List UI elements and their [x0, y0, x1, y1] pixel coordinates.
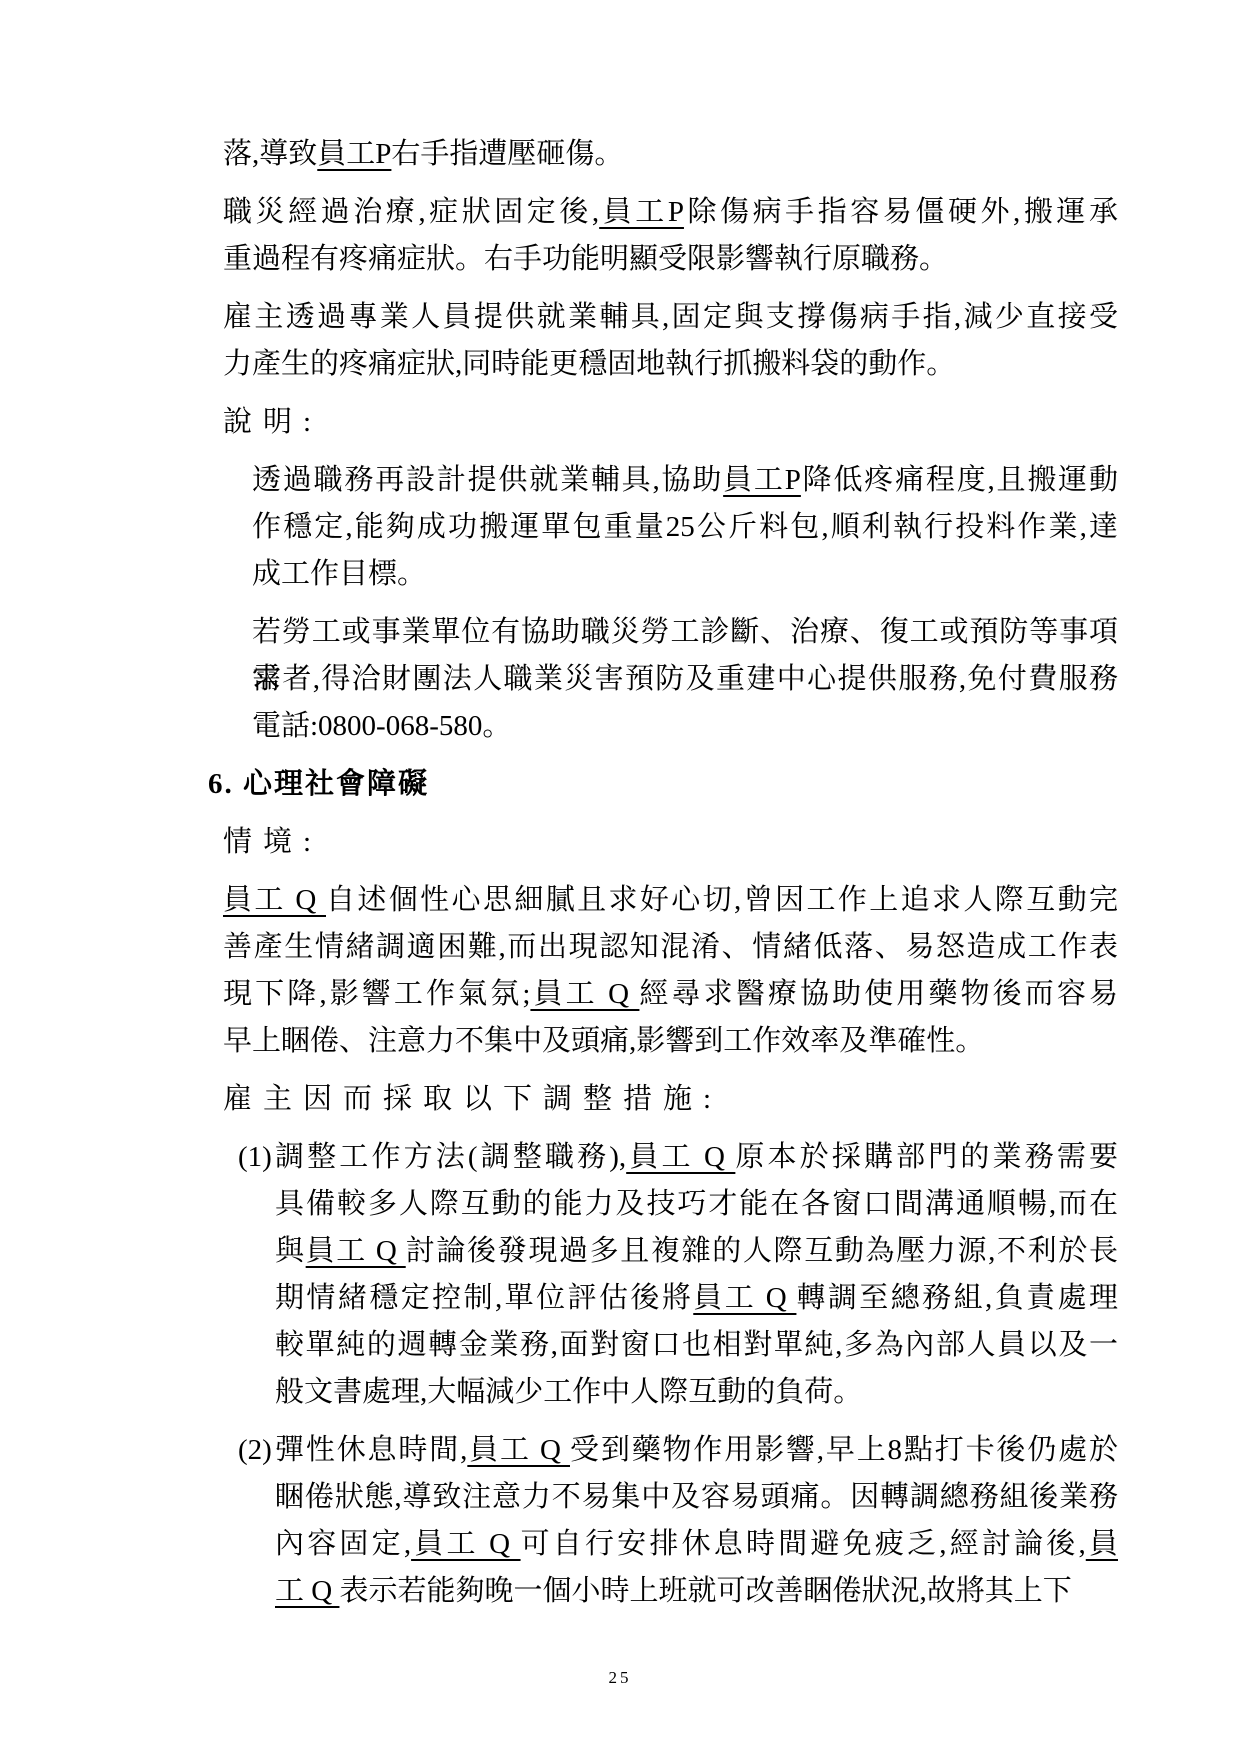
- document-content: 落,導致員工P右手指遭壓砸傷。職災經過治療,症狀固定後,員工P除傷病手指容易僵硬…: [0, 131, 1240, 1615]
- underlined-reference: 工 Q: [275, 1575, 339, 1607]
- text-segment: 職災經過治療,症狀固定後,: [223, 196, 599, 228]
- section-label: 雇主因而採取以下調整措施:: [223, 1076, 1240, 1123]
- text-line: 成工作目標。: [252, 551, 1118, 598]
- text-segment: 睏倦狀態,導致注意力不易集中及容易頭痛。因轉調總務組後業務: [275, 1481, 1118, 1513]
- text-segment: 現下降,影響工作氣氛;: [223, 978, 530, 1010]
- numbered-item: (2)彈性休息時間,員工 Q 受到藥物作用影響,早上8點打卡後仍處於睏倦狀態,導…: [238, 1427, 1118, 1615]
- text-line: 具備較多人際互動的能力及技巧才能在各窗口間溝通順暢,而在: [275, 1181, 1118, 1228]
- underlined-reference: 員工 Q: [626, 1141, 735, 1173]
- text-segment: 與: [275, 1235, 306, 1267]
- text-segment: 內容固定,: [275, 1528, 411, 1560]
- text-segment: 成工作目標。: [252, 558, 426, 590]
- section-label: 說明:: [223, 399, 1240, 446]
- text-segment: 雇主透過專業人員提供就業輔具,固定與支撐傷病手指,減少直接受: [223, 301, 1118, 333]
- item-marker: (1): [238, 1134, 272, 1181]
- text-segment: 右手指遭壓砸傷。: [391, 138, 623, 170]
- text-line: 求者,得洽財團法人職業災害預防及重建中心提供服務,免付費服務: [252, 656, 1118, 703]
- text-segment: 調整工作方法(調整職務),: [275, 1141, 626, 1173]
- text-line: 職災經過治療,症狀固定後,員工P除傷病手指容易僵硬外,搬運承: [223, 189, 1118, 236]
- numbered-item: (1)調整工作方法(調整職務),員工 Q 原本於採購部門的業務需要具備較多人際互…: [238, 1134, 1118, 1416]
- underlined-reference: 員工 Q: [223, 884, 326, 916]
- text-segment: 早上睏倦、注意力不集中及頭痛,影響到工作效率及準確性。: [223, 1025, 984, 1057]
- text-line: 員工 Q 自述個性心思細膩且求好心切,曾因工作上追求人際互動完: [223, 877, 1118, 924]
- text-segment: 可自行安排休息時間避免疲乏,經討論後,: [521, 1528, 1086, 1560]
- text-line: 落,導致員工P右手指遭壓砸傷。: [223, 131, 1118, 178]
- text-line: 般文書處理,大幅減少工作中人際互動的負荷。: [275, 1369, 1118, 1416]
- paragraph: 落,導致員工P右手指遭壓砸傷。: [223, 131, 1118, 178]
- underlined-reference: 員工 Q: [530, 978, 639, 1010]
- text-line: 較單純的週轉金業務,面對窗口也相對單純,多為內部人員以及一: [275, 1322, 1118, 1369]
- text-line: 透過職務再設計提供就業輔具,協助員工P降低疼痛程度,且搬運動: [252, 457, 1118, 504]
- text-segment: 降低疼痛程度,且搬運動: [801, 464, 1118, 496]
- text-segment: 具備較多人際互動的能力及技巧才能在各窗口間溝通順暢,而在: [275, 1188, 1118, 1220]
- paragraph: 員工 Q 自述個性心思細膩且求好心切,曾因工作上追求人際互動完善產生情緒調適困難…: [223, 877, 1118, 1065]
- text-segment: 彈性休息時間,: [275, 1434, 467, 1466]
- text-segment: 電話:0800-068-580。: [252, 710, 511, 742]
- text-line: 若勞工或事業單位有協助職災勞工診斷、治療、復工或預防等事項需: [252, 609, 1118, 656]
- section-heading: 6. 心理社會障礙: [208, 761, 1240, 808]
- underlined-reference: 員工 Q: [693, 1282, 796, 1314]
- text-line: 調整工作方法(調整職務),員工 Q 原本於採購部門的業務需要: [275, 1134, 1118, 1181]
- text-segment: 力產生的疼痛症狀,同時能更穩固地執行抓搬料袋的動作。: [223, 348, 955, 380]
- underlined-reference: 員工P: [317, 138, 391, 170]
- underlined-reference: 員工 Q: [467, 1434, 570, 1466]
- text-segment: 自述個性心思細膩且求好心切,曾因工作上追求人際互動完: [326, 884, 1118, 916]
- text-line: 期情緒穩定控制,單位評估後將員工 Q 轉調至總務組,負責處理: [275, 1275, 1118, 1322]
- text-line: 工 Q 表示若能夠晚一個小時上班就可改善睏倦狀況,故將其上下: [275, 1568, 1118, 1615]
- text-line: 彈性休息時間,員工 Q 受到藥物作用影響,早上8點打卡後仍處於: [275, 1427, 1118, 1474]
- text-segment: 轉調至總務組,負責處理: [796, 1282, 1118, 1314]
- text-segment: 作穩定,能夠成功搬運單包重量25公斤料包,順利執行投料作業,達: [252, 511, 1118, 543]
- text-line: 力產生的疼痛症狀,同時能更穩固地執行抓搬料袋的動作。: [223, 341, 1118, 388]
- text-line: 善產生情緒調適困難,而出現認知混淆、情緒低落、易怒造成工作表: [223, 924, 1118, 971]
- underlined-reference: 員工P: [599, 196, 684, 228]
- text-segment: 除傷病手指容易僵硬外,搬運承: [684, 196, 1118, 228]
- underlined-reference: 員工 Q: [306, 1235, 406, 1267]
- text-segment: 善產生情緒調適困難,而出現認知混淆、情緒低落、易怒造成工作表: [223, 931, 1118, 963]
- text-segment: 討論後發現過多且複雜的人際互動為壓力源,不利於長: [406, 1235, 1118, 1267]
- text-line: 雇主透過專業人員提供就業輔具,固定與支撐傷病手指,減少直接受: [223, 294, 1118, 341]
- underlined-reference: 員工 Q: [411, 1528, 520, 1560]
- text-segment: 受到藥物作用影響,早上8點打卡後仍處於: [570, 1434, 1118, 1466]
- text-segment: 重過程有疼痛症狀。右手功能明顯受限影響執行原職務。: [223, 243, 948, 275]
- text-line: 早上睏倦、注意力不集中及頭痛,影響到工作效率及準確性。: [223, 1018, 1118, 1065]
- paragraph: 職災經過治療,症狀固定後,員工P除傷病手指容易僵硬外,搬運承重過程有疼痛症狀。右…: [223, 189, 1118, 283]
- text-segment: 求者,得洽財團法人職業災害預防及重建中心提供服務,免付費服務: [252, 663, 1118, 695]
- text-segment: 期情緒穩定控制,單位評估後將: [275, 1282, 693, 1314]
- text-segment: 表示若能夠晚一個小時上班就可改善睏倦狀況,故將其上下: [339, 1575, 1071, 1607]
- text-segment: 般文書處理,大幅減少工作中人際互動的負荷。: [275, 1376, 862, 1408]
- underlined-reference: 員: [1086, 1528, 1118, 1560]
- text-segment: 原本於採購部門的業務需要: [735, 1141, 1118, 1173]
- paragraph: 透過職務再設計提供就業輔具,協助員工P降低疼痛程度,且搬運動作穩定,能夠成功搬運…: [252, 457, 1118, 598]
- underlined-reference: 員工P: [723, 464, 801, 496]
- text-line: 重過程有疼痛症狀。右手功能明顯受限影響執行原職務。: [223, 236, 1118, 283]
- text-line: 睏倦狀態,導致注意力不易集中及容易頭痛。因轉調總務組後業務: [275, 1474, 1118, 1521]
- item-marker: (2): [238, 1427, 272, 1474]
- text-segment: 透過職務再設計提供就業輔具,協助: [252, 464, 723, 496]
- text-line: 現下降,影響工作氣氛;員工 Q 經尋求醫療協助使用藥物後而容易: [223, 971, 1118, 1018]
- section-label: 情境:: [223, 819, 1240, 866]
- text-segment: 落,導致: [223, 138, 317, 170]
- text-line: 電話:0800-068-580。: [252, 703, 1118, 750]
- page-number: 25: [0, 1668, 1240, 1688]
- paragraph: 若勞工或事業單位有協助職災勞工診斷、治療、復工或預防等事項需求者,得洽財團法人職…: [252, 609, 1118, 750]
- text-segment: 較單純的週轉金業務,面對窗口也相對單純,多為內部人員以及一: [275, 1329, 1118, 1361]
- text-line: 與員工 Q 討論後發現過多且複雜的人際互動為壓力源,不利於長: [275, 1228, 1118, 1275]
- text-line: 作穩定,能夠成功搬運單包重量25公斤料包,順利執行投料作業,達: [252, 504, 1118, 551]
- paragraph: 雇主透過專業人員提供就業輔具,固定與支撐傷病手指,減少直接受力產生的疼痛症狀,同…: [223, 294, 1118, 388]
- document-page: 落,導致員工P右手指遭壓砸傷。職災經過治療,症狀固定後,員工P除傷病手指容易僵硬…: [0, 0, 1240, 1755]
- text-segment: 經尋求醫療協助使用藥物後而容易: [639, 978, 1118, 1010]
- text-line: 內容固定,員工 Q 可自行安排休息時間避免疲乏,經討論後,員: [275, 1521, 1118, 1568]
